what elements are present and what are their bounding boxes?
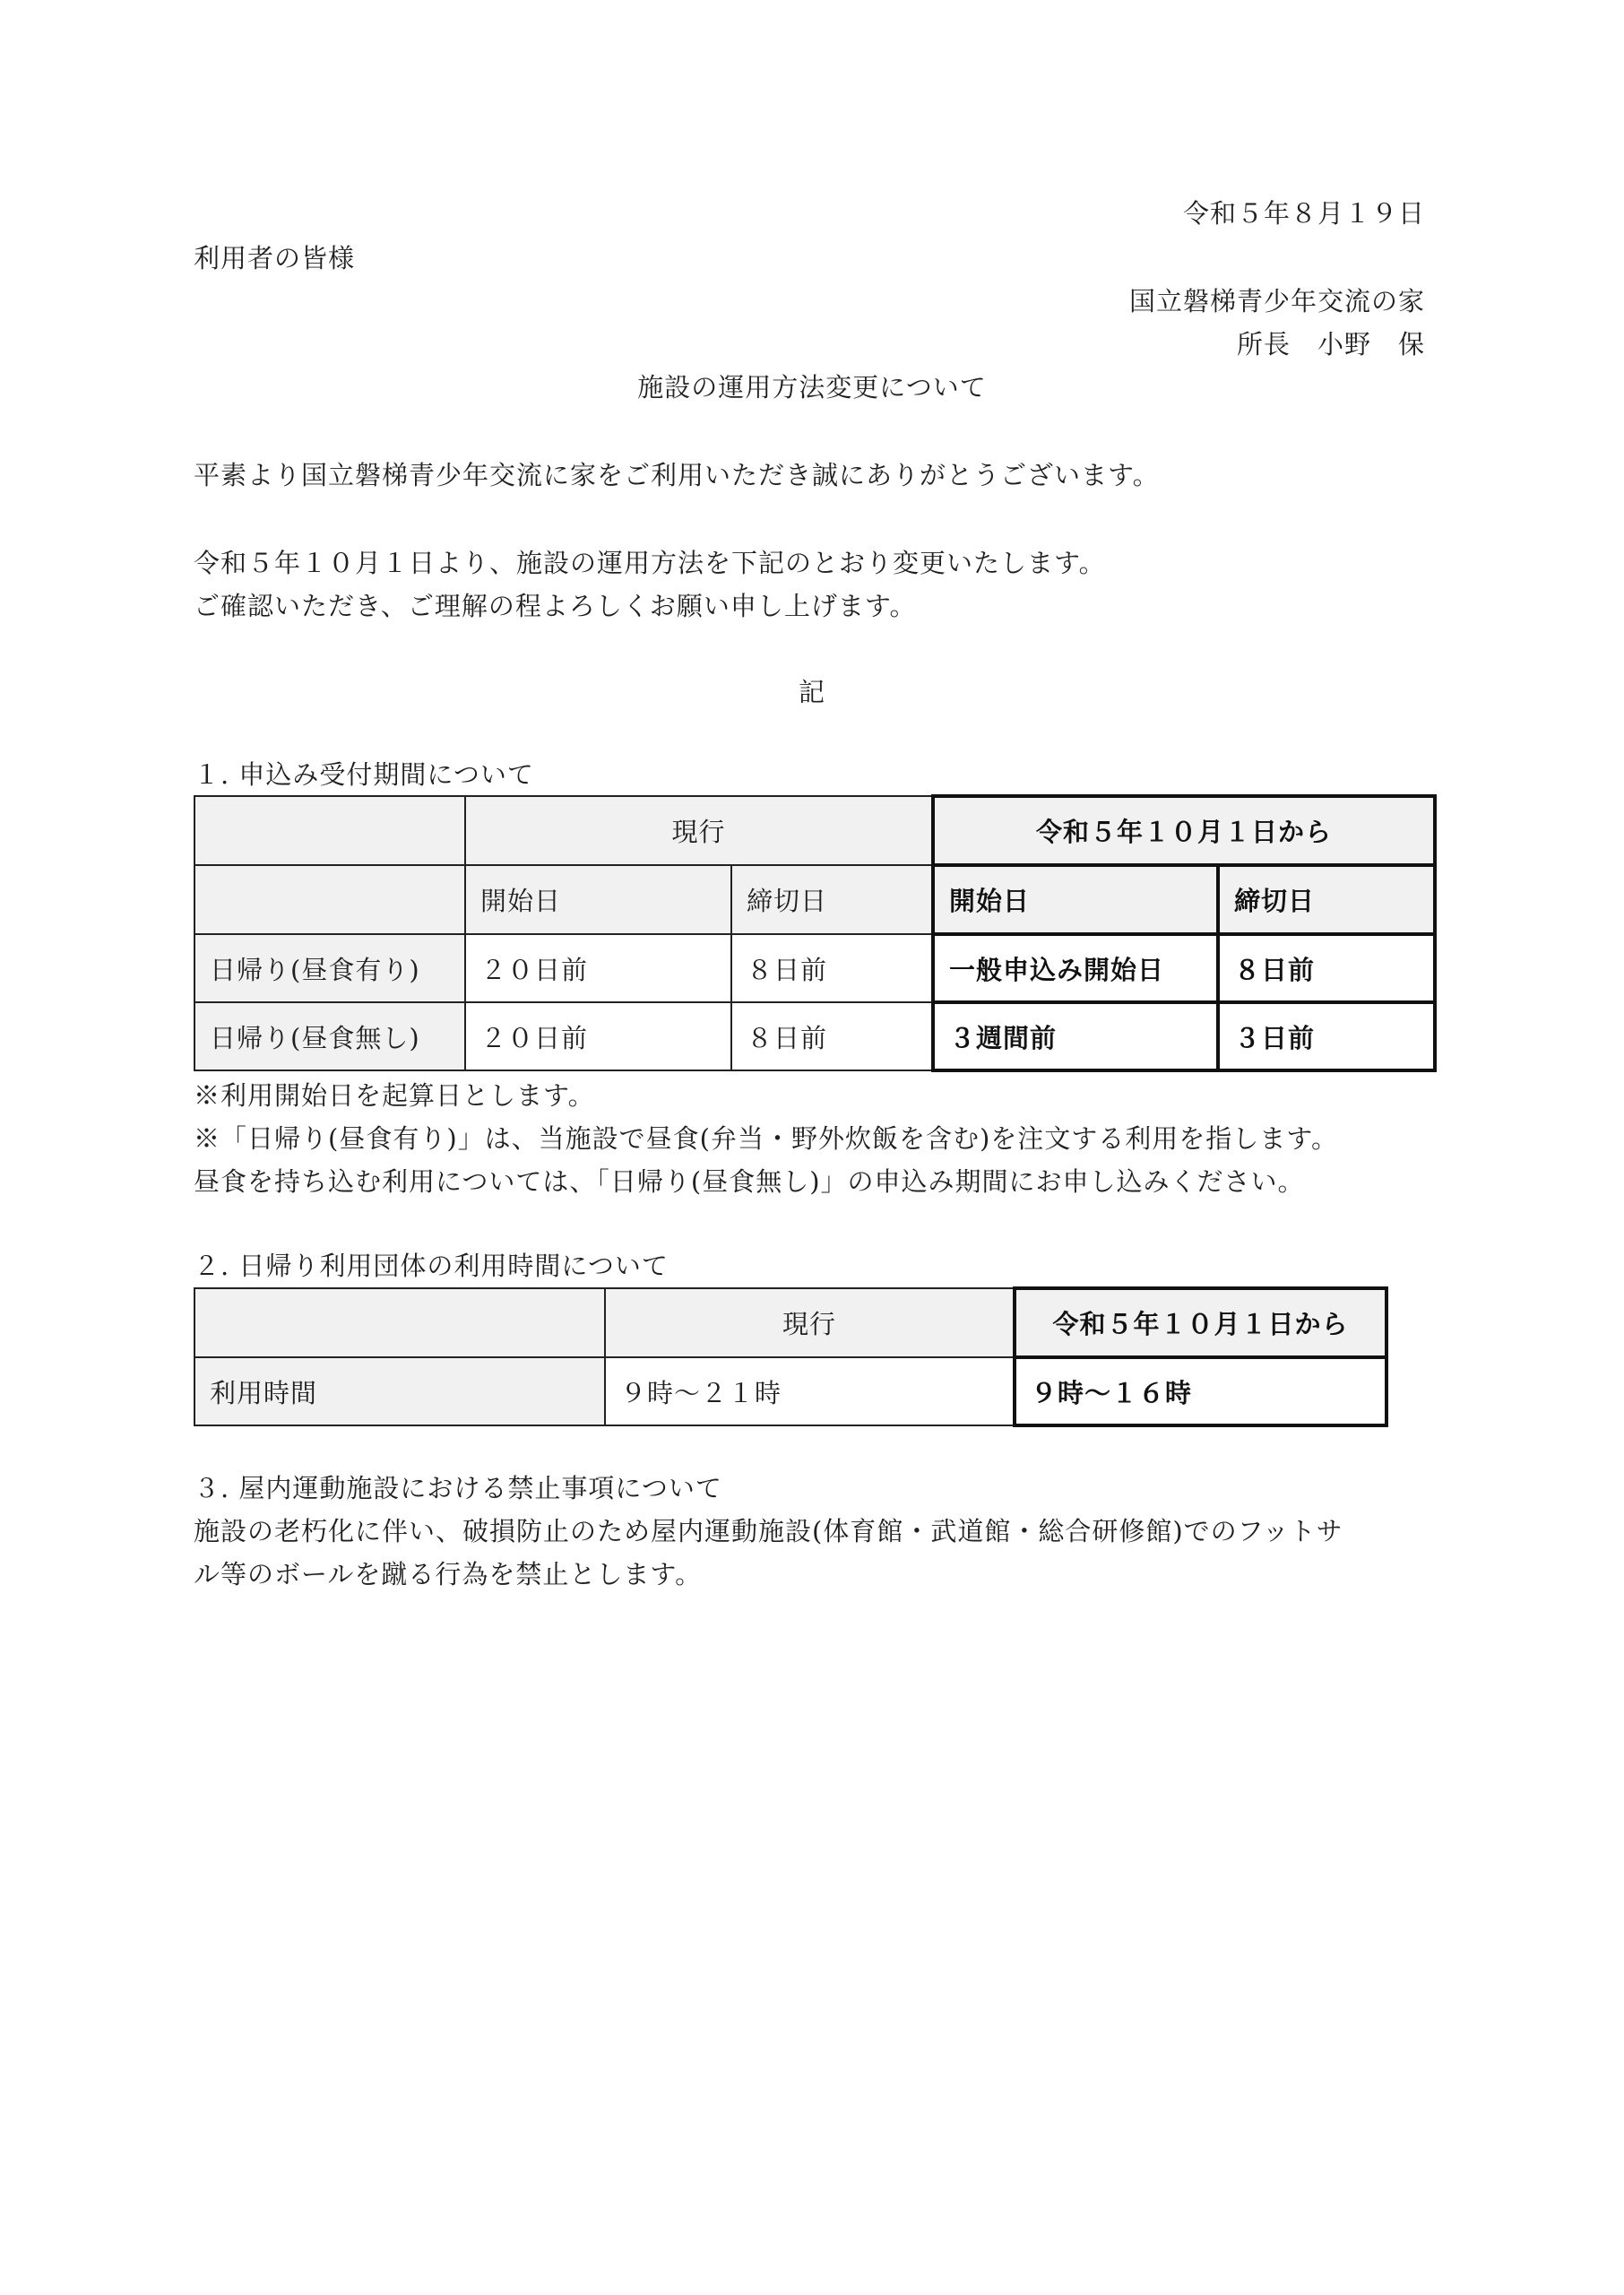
current-header: 現行: [605, 1288, 1015, 1357]
signatory: 所長 小野 保: [1237, 332, 1425, 358]
new-hours-value: ９時〜１６時: [1015, 1357, 1386, 1425]
row-label: 利用時間: [194, 1357, 605, 1425]
addressee: 利用者の皆様: [194, 246, 355, 272]
document-date: 令和５年８月１９日: [1183, 201, 1425, 227]
new-header: 令和５年１０月１日から: [1015, 1288, 1386, 1357]
table-row: 日帰り(昼食有り) ２０日前 ８日前 一般申込み開始日 ８日前: [194, 934, 1435, 1002]
table-subheader-row: 開始日 締切日 開始日 締切日: [194, 865, 1435, 934]
new-start-value: ３週間前: [933, 1002, 1218, 1070]
new-start-header: 開始日: [933, 865, 1218, 934]
row-label: 日帰り(昼食無し): [194, 1002, 465, 1070]
current-end-value: ８日前: [731, 1002, 933, 1070]
ki-marker: 記: [0, 680, 1624, 706]
empty-header-cell: [194, 796, 465, 865]
application-period-table: 現行 令和５年１０月１日から 開始日 締切日 開始日 締切日 日帰り(昼食有り)…: [194, 794, 1437, 1072]
section-3-heading: ３. 屋内運動施設における禁止事項について: [194, 1476, 722, 1502]
section-3-text-line-2: ル等のボールを蹴る行為を禁止とします。: [194, 1562, 702, 1588]
current-hours-value: ９時〜２１時: [605, 1357, 1015, 1425]
current-group-header: 現行: [465, 796, 933, 865]
announcement-line-2: ご確認いただき、ご理解の程よろしくお願い申し上げます。: [194, 593, 917, 619]
table-row: 利用時間 ９時〜２１時 ９時〜１６時: [194, 1357, 1386, 1425]
empty-header-cell: [194, 1288, 605, 1357]
table-header-row: 現行 令和５年１０月１日から: [194, 1288, 1386, 1357]
section-1-heading: １. 申込み受付期間について: [194, 762, 534, 788]
table-header-row: 現行 令和５年１０月１日から: [194, 796, 1435, 865]
new-end-value: ８日前: [1218, 934, 1435, 1002]
empty-subheader-cell: [194, 865, 465, 934]
usage-hours-table: 現行 令和５年１０月１日から 利用時間 ９時〜２１時 ９時〜１６時: [194, 1286, 1388, 1427]
current-start-header: 開始日: [465, 865, 731, 934]
greeting-paragraph: 平素より国立磐梯青少年交流に家をご利用いただき誠にありがとうございます。: [194, 463, 1160, 489]
document-title: 施設の運用方法変更について: [0, 375, 1624, 401]
current-start-value: ２０日前: [465, 1002, 731, 1070]
current-end-header: 締切日: [731, 865, 933, 934]
section-2-heading: ２. 日帰り利用団体の利用時間について: [194, 1253, 669, 1279]
current-start-value: ２０日前: [465, 934, 731, 1002]
new-start-value: 一般申込み開始日: [933, 934, 1218, 1002]
announcement-line-1: 令和５年１０月１日より、施設の運用方法を下記のとおり変更いたします。: [194, 550, 1106, 576]
row-label: 日帰り(昼食有り): [194, 934, 465, 1002]
current-end-value: ８日前: [731, 934, 933, 1002]
note-1: ※利用開始日を起算日とします。: [194, 1083, 595, 1109]
organization-name: 国立磐梯青少年交流の家: [1129, 289, 1425, 315]
note-2: ※「日帰り(昼食有り)」は、当施設で昼食(弁当・野外炊飯を含む)を注文する利用を…: [194, 1126, 1338, 1152]
new-group-header: 令和５年１０月１日から: [933, 796, 1435, 865]
new-end-value: ３日前: [1218, 1002, 1435, 1070]
note-3: 昼食を持ち込む利用については、「日帰り(昼食無し)」の申込み期間にお申し込みくだ…: [194, 1169, 1305, 1195]
new-end-header: 締切日: [1218, 865, 1435, 934]
section-3-text-line-1: 施設の老朽化に伴い、破損防止のため屋内運動施設(体育館・武道館・総合研修館)での…: [194, 1519, 1343, 1545]
table-row: 日帰り(昼食無し) ２０日前 ８日前 ３週間前 ３日前: [194, 1002, 1435, 1070]
